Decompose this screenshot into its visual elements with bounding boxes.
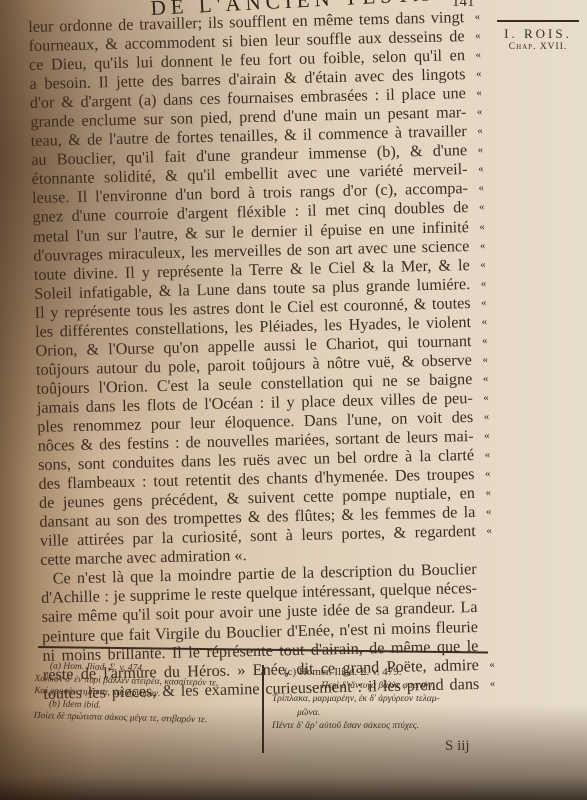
signature-mark: S iij xyxy=(445,738,470,755)
quote-mark: « xyxy=(473,389,489,408)
body-text: leur ordonne de travailler; ils soufflen… xyxy=(28,8,495,704)
quote-mark: « xyxy=(475,503,491,522)
quote-mark: « xyxy=(467,141,483,160)
quote-mark: « xyxy=(475,484,491,503)
quote-mark: « xyxy=(466,122,482,141)
footnote-divider xyxy=(262,665,264,753)
quote-mark: « xyxy=(474,446,490,465)
quote-mark: « xyxy=(470,274,486,293)
quote-mark: « xyxy=(464,27,480,46)
footnote-greek-text: Πέντε δ' ἄρ' αὐτοῦ ἔσαν σάκεος πτύχες. xyxy=(272,720,512,734)
footnote-greek-text: Τρίπλακα, μαρμαρέην, ἐκ δ' ἀργύρεον τελα… xyxy=(272,693,512,707)
quote-mark: « xyxy=(471,312,487,331)
quote-mark: « xyxy=(468,179,484,198)
quote-mark: « xyxy=(466,84,482,103)
quote-mark: « xyxy=(469,217,485,236)
quote-mark: « xyxy=(470,255,486,274)
margin-chapter: Chap. XVII. xyxy=(493,42,583,52)
quote-mark: « xyxy=(467,160,483,179)
footnotes-left: (a) Hom. Iliad. Σ. v. 474.Χαλκὸν δ' ἐν π… xyxy=(33,660,254,728)
footnotes-right: (c) Homer. Iliad. Σ. v. 479.. . . Περὶ δ… xyxy=(272,666,512,734)
quote-mark: « xyxy=(465,65,481,84)
margin-note: I. ROIS. Chap. XVII. xyxy=(493,20,583,52)
quote-mark: « xyxy=(470,293,486,312)
quote-mark: « xyxy=(471,331,487,350)
quote-mark xyxy=(476,541,492,560)
quote-mark: « xyxy=(472,370,488,389)
quote-mark: « xyxy=(469,236,485,255)
quote-mark xyxy=(477,579,493,598)
quote-mark: « xyxy=(476,522,492,541)
quote-mark: « xyxy=(465,46,481,65)
quote-mark xyxy=(477,598,493,617)
quote-mark: « xyxy=(472,351,488,370)
footnote-greek-text: μῶνα. xyxy=(272,707,512,721)
quote-mark: « xyxy=(466,103,482,122)
quote-mark: « xyxy=(473,408,489,427)
quote-mark: « xyxy=(464,8,480,27)
quote-mark xyxy=(478,617,494,636)
footnote-reference: (c) Homer. Iliad. Σ. v. 479. xyxy=(272,666,512,680)
quote-mark: « xyxy=(468,198,484,217)
quote-mark xyxy=(476,560,492,579)
margin-book: I. ROIS. xyxy=(493,26,583,42)
margin-rule xyxy=(497,20,579,22)
quote-mark: « xyxy=(473,427,489,446)
quote-mark: « xyxy=(474,465,490,484)
footnote-greek-text: . . . Περὶ δ' ἄντυγα βάλλε φαεινὴν, xyxy=(272,680,512,694)
